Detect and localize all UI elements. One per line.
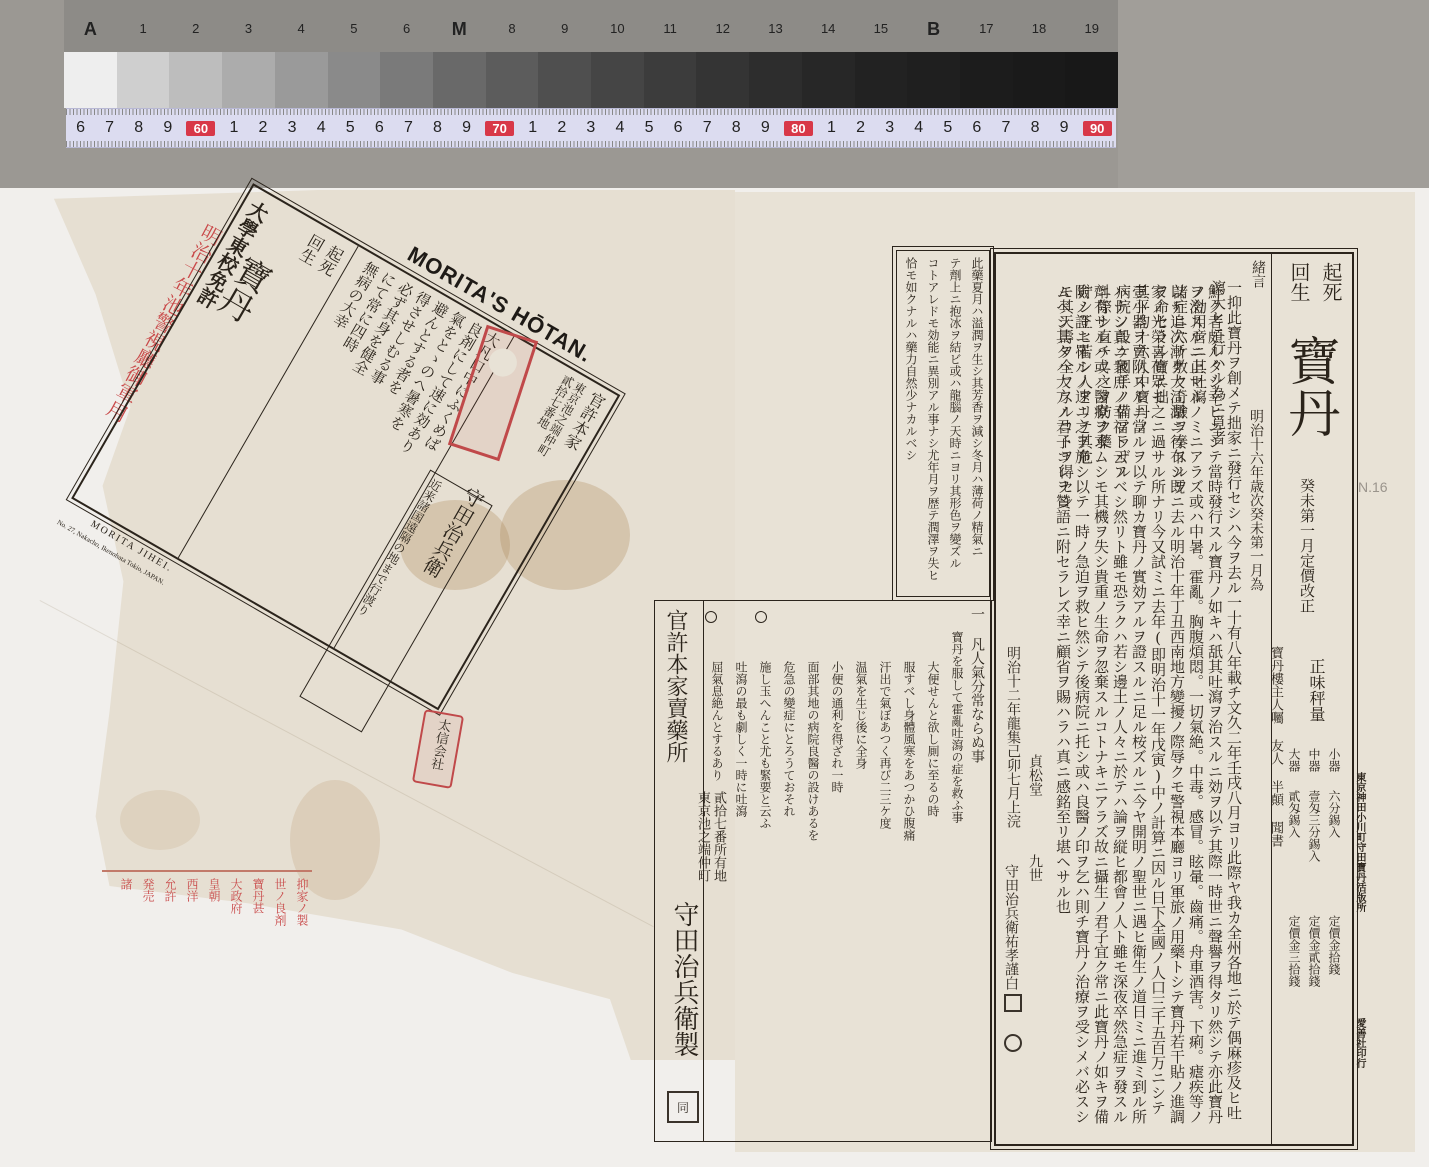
- size-price: 定價金拾錢: [1326, 915, 1341, 975]
- step-label: 11: [644, 14, 697, 44]
- step-label: 9: [538, 14, 591, 44]
- instruction-column: 服すべし身體風寒をあつかひ腹痛: [902, 661, 915, 1131]
- pencil-catalog-note: N.16: [1358, 478, 1388, 496]
- gray-patch: [907, 52, 960, 108]
- ruler-mark: 8: [423, 119, 452, 137]
- ruler-mark: 6: [962, 119, 991, 137]
- ruler-mark: 5: [634, 119, 663, 137]
- step-label: M: [433, 14, 486, 44]
- price-revision: 癸未第一月定價改正: [1298, 478, 1316, 613]
- measurement-ruler: 678960123456789701234567898012345678990: [66, 108, 1116, 148]
- ruler-mark: 5: [336, 119, 365, 137]
- red-strip-text: 皇朝: [207, 878, 220, 902]
- ruler-mark: 9: [452, 119, 481, 137]
- ruler-mark: 3: [875, 119, 904, 137]
- ruler-mark: 4: [605, 119, 634, 137]
- main-title: 寶丹: [1276, 334, 1342, 438]
- step-label: 15: [855, 14, 908, 44]
- red-strip-text: 西洋: [185, 878, 198, 902]
- storage-note-line: 恰モ如クナルハ藥力自然少ナカルベシ: [904, 257, 917, 587]
- ruler-mark: 7: [693, 119, 722, 137]
- instruction-column: 屈氣息絶んとするあり: [710, 661, 723, 1131]
- author-line: 寶丹樓主人囑 友人 半顛 聞書: [1267, 646, 1284, 847]
- size-weight: 六分錫入: [1326, 790, 1341, 838]
- instruction-column: 危急の變症にとろうておそれ: [782, 661, 795, 1131]
- main-document-frame: 起死 回生 寶丹 緒言 一抑此寶丹ヲ創メテ拙家ニ發行セシハ今ヲ去ル一十有八年載チ…: [994, 252, 1354, 1146]
- ruler-mark: 3: [576, 119, 605, 137]
- column-divider: [703, 601, 704, 1141]
- gray-patch: [222, 52, 275, 108]
- step-label: 17: [960, 14, 1013, 44]
- size-size: 大器: [1286, 748, 1301, 772]
- title-prefix-top: 起死: [1318, 262, 1344, 302]
- ruler-mark: 1: [518, 119, 547, 137]
- closing-signature: 守田治兵衛祐孝謹白: [1002, 864, 1019, 990]
- size-price: 定價金貳拾錢: [1306, 915, 1321, 987]
- instructions-heading: 一 凡人氣分常ならぬ事: [969, 607, 985, 763]
- gray-patch: [644, 52, 697, 108]
- gray-patch: [275, 52, 328, 108]
- gray-patch: [117, 52, 170, 108]
- instruction-column: 汗出で氣ぼあつく再び二三ケ度: [878, 661, 891, 1131]
- step-label: 18: [1013, 14, 1066, 44]
- step-label: B: [907, 14, 960, 44]
- printer-company: 愛善社印行: [1354, 1018, 1365, 1068]
- ruler-mark: 9: [153, 119, 182, 137]
- gray-scale-patches: [64, 52, 1118, 108]
- ruler-mark: 8: [124, 119, 153, 137]
- gray-patch: [538, 52, 591, 108]
- bottom-red-strip: 抑家ノ製世ノ良剤寶丹甚大政府皇朝西洋允許発売諸: [102, 870, 312, 942]
- step-label: 8: [486, 14, 539, 44]
- step-label: 6: [380, 14, 433, 44]
- storage-note-line: テ劑上ニ抱冰ヲ結ビ或ハ龍腦ノ天時ニヨリ其形色ヲ變ズル: [948, 257, 961, 587]
- gray-patch: [696, 52, 749, 108]
- stamp-text: 太信会社: [426, 717, 451, 771]
- step-label: 4: [275, 14, 328, 44]
- instruction-column: 温氣を生じ後に全身: [854, 661, 867, 1131]
- closing-date: 明治十二年龍集己卯七月上浣: [1004, 646, 1021, 828]
- ruler-mark: 8: [1021, 119, 1050, 137]
- gray-patch: [433, 52, 486, 108]
- instruction-column: 施し玉へんこと尤も緊要と云ふ: [758, 661, 771, 1131]
- storage-note-line: コトアレドモ効能ニ異別アル事ナシ尤年月ヲ歴テ潤澤ヲ失ヒ: [926, 257, 939, 587]
- date-line: 明治十六年歳次癸未第一月為: [1247, 409, 1264, 591]
- instruction-column: 面部其地の病院良醫の設けあるを: [806, 661, 819, 1131]
- gray-patch: [380, 52, 433, 108]
- gray-step-labels: A123456M89101112131415B171819: [64, 14, 1118, 44]
- ruler-mark: 2: [248, 119, 277, 137]
- instructions-box: 官許本家賣藥所 東京池之端仲町 貳拾七番所有地 守田治兵衛製 同 一 凡人氣分常…: [654, 600, 992, 1142]
- gray-patch: [591, 52, 644, 108]
- ruler-mark: 1: [219, 119, 248, 137]
- gray-patch: [1065, 52, 1118, 108]
- step-label: 14: [802, 14, 855, 44]
- closing-generation: 九世: [1026, 854, 1043, 882]
- instruction-column: 大便せんと欲し厠に至るの時: [926, 661, 939, 1131]
- ruler-mark: 9: [751, 119, 780, 137]
- ruler-mark: 4: [904, 119, 933, 137]
- ruler-mark: 7: [95, 119, 124, 137]
- ruler-mark: 3: [278, 119, 307, 137]
- red-strip-text: 抑家ノ製: [295, 878, 308, 926]
- ruler-mark: 7: [394, 119, 423, 137]
- gray-patch: [64, 52, 117, 108]
- size-size: 中器: [1306, 748, 1321, 772]
- ruler-mark: 80: [784, 121, 813, 136]
- ruler-mark: 8: [722, 119, 751, 137]
- gray-patch: [486, 52, 539, 108]
- gray-patch: [960, 52, 1013, 108]
- title-prefix-bottom: 回生: [1286, 262, 1312, 302]
- ruler-mark: 90: [1083, 121, 1112, 136]
- instruction-column: 寶丹を服して霍亂吐瀉の症を救ふ事: [950, 631, 963, 1101]
- gray-patch: [802, 52, 855, 108]
- preface-column: ムベシ其タハ大方ノ君子コレヲ贊語ニ附セラレズ幸ニ顧省ヲ賜ハラハ真ニ感銘至リ堪ヘサ…: [1055, 284, 1071, 1124]
- red-strip-text: 允許: [163, 878, 176, 902]
- maker-seal: 同: [667, 1091, 699, 1123]
- size-weight: 貳匁錫入: [1286, 790, 1301, 838]
- circle-bullet-icon: [705, 611, 717, 623]
- gray-patch: [328, 52, 381, 108]
- red-strip-text: 大政府: [229, 878, 242, 914]
- step-label: 1: [117, 14, 170, 44]
- ruler-mark: 6: [664, 119, 693, 137]
- ruler-mark: 70: [485, 121, 514, 136]
- closing-house: 貞松堂: [1026, 754, 1043, 796]
- step-label: A: [64, 14, 117, 44]
- license-title: 官許本家賣藥所: [663, 609, 687, 763]
- step-label: 10: [591, 14, 644, 44]
- ruler-mark: 9: [1050, 119, 1079, 137]
- ruler-mark: 60: [186, 121, 215, 136]
- step-label: 12: [696, 14, 749, 44]
- ruler-mark: 2: [846, 119, 875, 137]
- storage-note-line: 此藥夏月ハ溢潤ヲ生シ其芳香ヲ減シ冬月ハ薄荷ノ精氣ニ: [970, 257, 983, 587]
- printer-address: 東京神田小川町守田寶丹活版所: [1354, 772, 1365, 912]
- gray-patch: [749, 52, 802, 108]
- ruler-mark: 1: [817, 119, 846, 137]
- section-heading: 緒言: [1249, 260, 1266, 288]
- instruction-column: 小便の通利を得ざれ一時: [830, 661, 843, 1131]
- ruler-mark: 5: [933, 119, 962, 137]
- gray-patch: [1013, 52, 1066, 108]
- weight-note: 正味秤量: [1306, 658, 1326, 722]
- size-price: 定價金三拾錢: [1286, 915, 1301, 987]
- size-size: 小器: [1326, 748, 1341, 772]
- size-weight: 壹匁三分錫入: [1306, 790, 1321, 862]
- author-seal-icon: [1004, 994, 1022, 1012]
- calibration-background: [1118, 0, 1429, 188]
- red-strip-text: 諸: [119, 878, 132, 890]
- gray-patch: [855, 52, 908, 108]
- step-label: 5: [328, 14, 381, 44]
- instruction-column: 吐瀉の最も劇しく一時に吐瀉: [734, 661, 747, 1131]
- maker-signature: 守田治兵衛製: [669, 901, 699, 1057]
- step-label: 3: [222, 14, 275, 44]
- ruler-mark: 6: [66, 119, 95, 137]
- red-strip-text: 寶丹甚: [251, 878, 264, 914]
- step-label: 2: [169, 14, 222, 44]
- water-stain: [120, 790, 200, 850]
- step-label: 19: [1065, 14, 1118, 44]
- flower-cutout-icon: [485, 345, 520, 380]
- red-strip-text: 世ノ良剤: [273, 878, 286, 926]
- gray-patch: [169, 52, 222, 108]
- circle-bullet-icon: [755, 611, 767, 623]
- step-label: 13: [749, 14, 802, 44]
- ruler-mark: 6: [365, 119, 394, 137]
- ruler-mark: 4: [307, 119, 336, 137]
- storage-note-box: 此藥夏月ハ溢潤ヲ生シ其芳香ヲ減シ冬月ハ薄荷ノ精氣ニテ劑上ニ抱冰ヲ結ビ或ハ龍腦ノ天…: [896, 250, 990, 597]
- red-strip-text: 発売: [141, 878, 154, 902]
- ruler-mark: 2: [547, 119, 576, 137]
- ruler-mark: 7: [991, 119, 1020, 137]
- round-seal-icon: [1004, 1034, 1022, 1052]
